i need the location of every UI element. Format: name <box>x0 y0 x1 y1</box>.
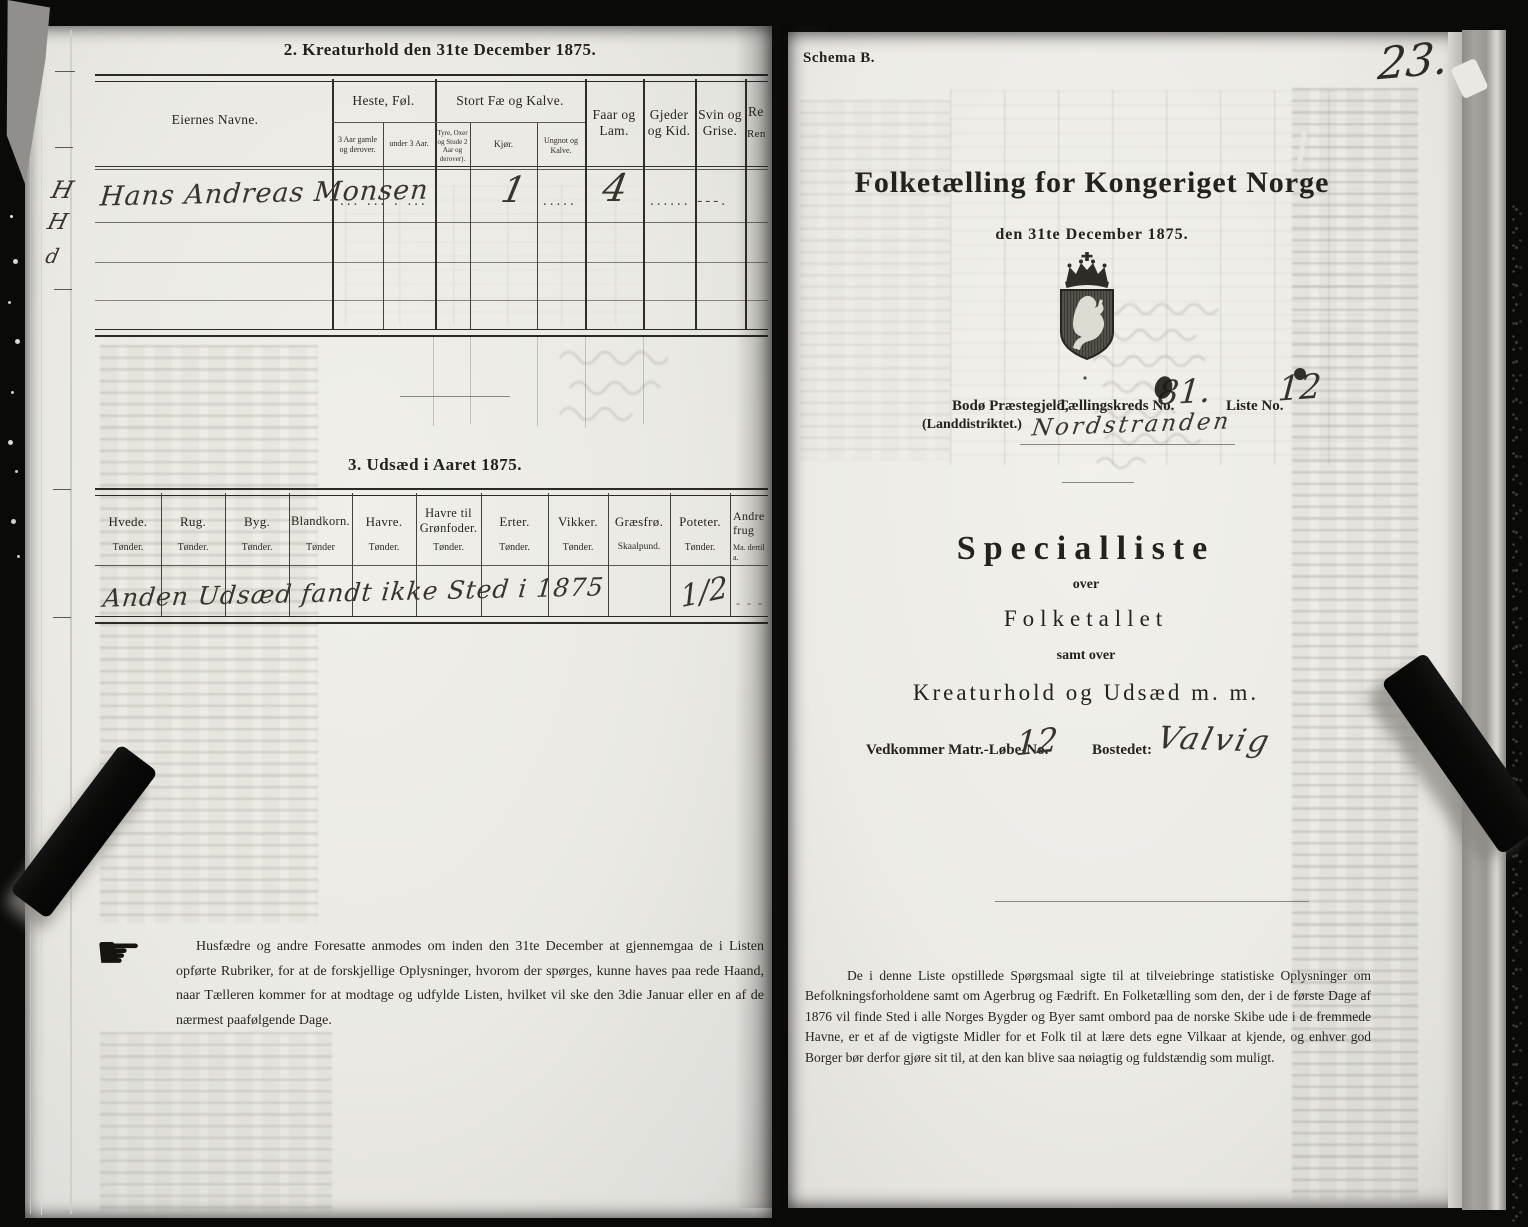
right-page-fore-edge <box>1448 32 1462 1208</box>
col-group-stortfae: Stort Fæ og Kalve. <box>437 93 583 109</box>
bleed-through-left <box>800 100 950 460</box>
ghost-handwriting <box>555 340 725 425</box>
table3-colline <box>670 493 671 616</box>
col-erter: Erter. <box>483 514 546 530</box>
col-erter-unit: Tønder. <box>483 543 546 553</box>
leader-dots: ...... ---. <box>650 193 728 210</box>
leader-dots: ... ... . ... <box>340 193 428 210</box>
col-havre-unit: Tønder. <box>354 543 414 553</box>
col-faar-lam: Faar og Lam. <box>587 107 641 139</box>
col-vikker: Vikker. <box>550 514 606 530</box>
col-havre-gronfoder: Havre til Grønfoder. <box>418 506 479 536</box>
table2-top-rule <box>95 74 768 82</box>
specialliste-heading: Specialliste <box>786 530 1386 568</box>
col-graesfro: Græsfrø. <box>610 514 668 530</box>
col-gjeder-kid: Gjeder og Kid. <box>645 107 693 139</box>
ghost-line <box>537 336 538 426</box>
col-tyre-oxer: Tyre, Oxer og Stude 2 Aar og derover). <box>436 129 469 163</box>
table2-header-rule2 <box>95 169 768 170</box>
col-havre: Havre. <box>354 514 414 530</box>
margin-rule-dash <box>55 71 75 72</box>
bleed-through-text-column <box>100 345 318 923</box>
col-rug-unit: Tønder. <box>163 543 223 553</box>
table2-row-rule <box>95 300 768 301</box>
col-blandkorn-unit: Tønder <box>290 543 351 553</box>
parish-name: Bodø Præstegjeld, <box>952 398 1069 415</box>
census-date-line: den 31te December 1875. <box>842 226 1342 244</box>
section-divider <box>400 396 510 397</box>
col-poteter-unit: Tønder. <box>672 543 728 553</box>
leader-dots: ..... <box>543 193 577 210</box>
table2-grouprule <box>332 122 435 123</box>
footer-note-paragraph: De i denne Liste opstillede Spørgsmaal s… <box>805 966 1371 1068</box>
specialliste-folketallet: Folketallet <box>786 606 1386 632</box>
table3-header-rule <box>95 565 768 566</box>
table3-colline <box>608 493 609 616</box>
table2-subcolline <box>470 122 471 329</box>
backdrop-texture <box>1505 200 1528 1227</box>
bleed-through-text-lower <box>100 1032 332 1212</box>
table2-subcolline <box>383 122 384 329</box>
col-hvede: Hvede. <box>97 514 159 530</box>
census-title: Folketælling for Kongeriget Norge <box>842 166 1342 200</box>
margin-rule-dash <box>53 489 71 490</box>
dust-specks <box>10 215 13 218</box>
col-under3aar: under 3 Aar. <box>385 139 433 149</box>
tellingskreds-baseline <box>1020 444 1235 445</box>
specialliste-over: over <box>786 577 1386 593</box>
col-ungnot: Ungnot og Kalve. <box>539 136 583 155</box>
table2-row-rule <box>95 222 768 223</box>
table2-grouprule <box>435 122 585 123</box>
col-hvede-unit: Tønder. <box>97 543 159 553</box>
ghost-line <box>433 336 434 426</box>
col-poteter: Poteter. <box>672 514 728 530</box>
handwritten-page-number: 23. <box>1376 33 1450 91</box>
footer-divider <box>995 901 1309 902</box>
col-kjor: Kjør. <box>472 141 535 151</box>
table3-bottom-rule <box>95 616 768 624</box>
parish-subtitle: (Landdistriktet.) <box>922 417 1022 433</box>
specialliste-kreaturhold: Kreaturhold og Udsæd m. m. <box>786 680 1386 706</box>
table2-subcolline <box>537 122 538 329</box>
col-graesfro-unit: Skaalpund. <box>610 543 668 553</box>
schema-label: Schema B. <box>803 50 875 67</box>
specialliste-samt-over: samt over <box>786 648 1386 664</box>
table3-top-rule <box>95 488 768 496</box>
left-page-crease <box>70 30 72 1214</box>
margin-rule-dash <box>54 289 72 290</box>
instruction-paragraph: Husfædre og andre Foresatte anmodes om i… <box>176 935 764 1033</box>
col-byg: Byg. <box>227 514 287 530</box>
matr-value: 12 <box>1015 720 1060 764</box>
col-vikker-unit: Tønder. <box>550 543 606 553</box>
col-byg-unit: Tønder. <box>227 543 287 553</box>
table2-colline <box>435 79 437 329</box>
margin-rule-dash <box>53 617 71 618</box>
table2-row-rule <box>95 262 768 263</box>
table3-colline <box>730 493 731 616</box>
udsaed-title: 3. Udsæd i Aaret 1875. <box>290 455 580 475</box>
norway-coat-of-arms <box>1052 252 1122 384</box>
margin-rule-dash <box>55 147 73 148</box>
section-divider <box>1062 482 1134 483</box>
ghost-line <box>470 336 471 424</box>
col-group-heste: Heste, Føl. <box>334 93 433 109</box>
col-rug: Rug. <box>163 514 223 530</box>
left-page-edge-2 <box>41 27 42 1215</box>
liste-label: Liste No. <box>1226 398 1284 415</box>
kreaturhold-title: 2. Kreaturhold den 31te December 1875. <box>240 40 640 60</box>
col-havre-gronfoder-unit: Tønder. <box>418 543 479 553</box>
bosted-label: Bostedet: <box>1092 742 1152 759</box>
col-blandkorn: Blandkorn. <box>290 514 351 529</box>
page-stack-edge <box>1462 30 1506 1210</box>
left-page-edge <box>30 28 31 1214</box>
table2-header-rule <box>95 166 768 167</box>
table2-bottom-rule <box>95 329 768 337</box>
book-scan-photo: 2. Kreaturhold den 31te December 1875. E… <box>0 0 1528 1227</box>
manicule-icon: ☛ <box>95 925 142 979</box>
col-eiernes-navne: Eiernes Navne. <box>115 112 315 128</box>
col-3aar: 3 Aar gamle og derover. <box>334 135 381 154</box>
bosted-value: Valvig <box>1154 720 1276 760</box>
